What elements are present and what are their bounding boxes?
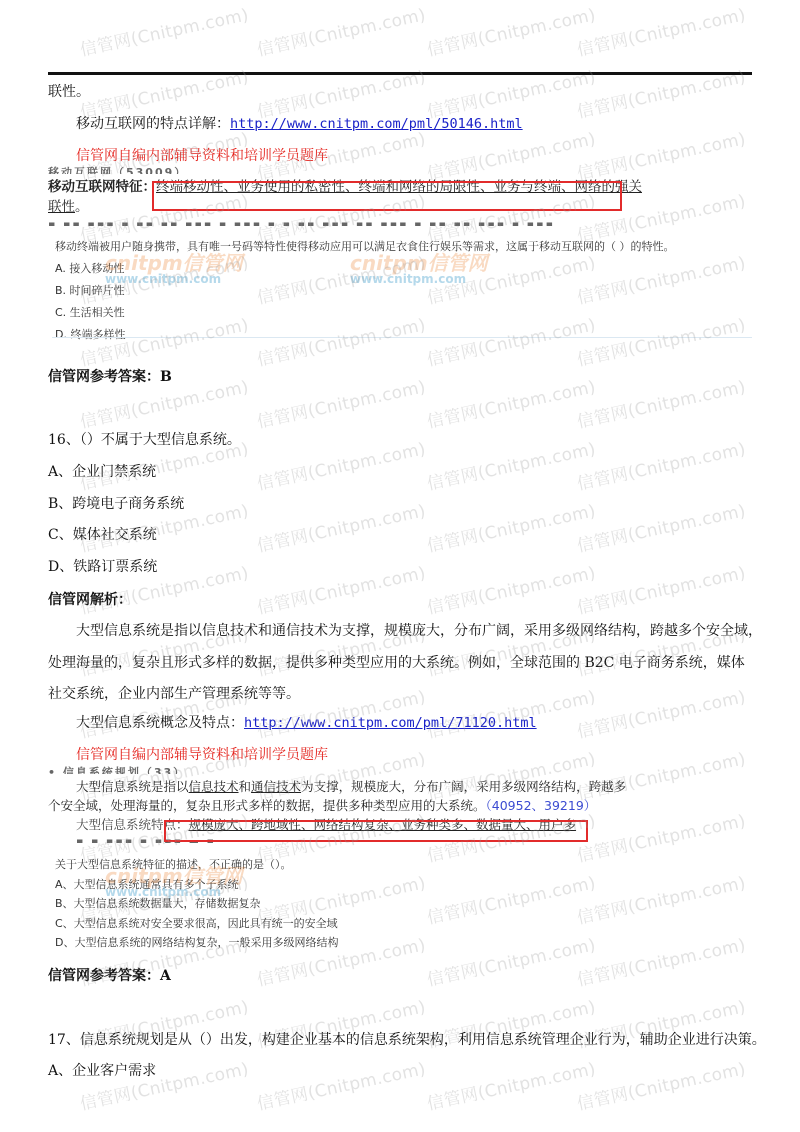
- detail-link[interactable]: http://www.cnitpm.com/pml/50146.html: [230, 116, 523, 132]
- feature-label: 移动互联网特征：: [48, 179, 156, 195]
- snippet-cut-header: • 信息系统规划（33）: [48, 766, 608, 774]
- practice-question-stem: 关于大型信息系统特征的描述，不正确的是（）。: [55, 855, 515, 875]
- practice-option: A、大型信息系统通常具有多个子系统: [55, 875, 515, 895]
- watermark-text: 信管网(Cnitpm.com): [424, 496, 597, 556]
- watermark-text: 信管网(Cnitpm.com): [574, 682, 747, 742]
- watermark-text: 信管网(Cnitpm.com): [574, 868, 747, 928]
- feature-text-cont: 联性: [48, 199, 75, 215]
- practice-question-stem: 移动终端被用户随身携带，具有唯一号码等特性使得移动应用可以满足衣食住行娱乐等需求…: [55, 236, 735, 258]
- watermark-text: 信管网(Cnitpm.com): [574, 372, 747, 432]
- answer-value: B: [160, 369, 172, 385]
- practice-question-mobile: 移动终端被用户随身携带，具有唯一号码等特性使得移动应用可以满足衣食住行娱乐等需求…: [55, 236, 735, 346]
- question-16-option-a: A、企业门禁系统: [48, 462, 156, 482]
- watermark-text: 信管网(Cnitpm.com): [574, 558, 747, 618]
- watermark-text: 信管网(Cnitpm.com): [424, 434, 597, 494]
- answer-15: 信管网参考答案：B: [48, 366, 172, 386]
- practice-option: B、大型信息系统数据量大，存储数据复杂: [55, 894, 515, 914]
- analysis-para-1: 大型信息系统是指以信息技术和通信技术为支撑，规模庞大，分布广阔，采用多级网络结构…: [76, 621, 762, 641]
- red-note: 信管网自编内部辅导资料和培训学员题库: [76, 744, 328, 764]
- practice-question-large-is: 关于大型信息系统特征的描述，不正确的是（）。 A、大型信息系统通常具有多个子系统…: [55, 855, 515, 953]
- snippet-text: 个安全域，处理海量的，复杂且形式多样的数据，提供多种类型应用的大系统。: [48, 798, 486, 813]
- watermark-text: 信管网(Cnitpm.com): [574, 0, 747, 60]
- detail-label: 大型信息系统概念及特点：: [76, 715, 244, 731]
- question-16-stem: 16、（）不属于大型信息系统。: [48, 430, 241, 450]
- question-17-option-a: A、企业客户需求: [48, 1061, 156, 1081]
- watermark-text: 信管网(Cnitpm.com): [424, 558, 597, 618]
- watermark-text: 信管网(Cnitpm.com): [254, 372, 427, 432]
- answer-16: 信管网参考答案：A: [48, 965, 171, 985]
- red-note: 信管网自编内部辅导资料和培训学员题库: [76, 145, 328, 165]
- watermark-text: 信管网(Cnitpm.com): [424, 0, 597, 60]
- practice-option: A. 接入移动性: [55, 258, 735, 280]
- watermark-text: 信管网(Cnitpm.com): [574, 930, 747, 990]
- watermark-text: 信管网(Cnitpm.com): [254, 1054, 427, 1114]
- snippet-term: 通信技术: [251, 779, 301, 794]
- watermark-text: 信管网(Cnitpm.com): [254, 434, 427, 494]
- highlight-box-large-is: [164, 820, 588, 842]
- watermark-text: 信管网(Cnitpm.com): [574, 434, 747, 494]
- detail-line-mobile-internet: 移动互联网的特点详解：http://www.cnitpm.com/pml/501…: [76, 114, 523, 134]
- practice-option: D、大型信息系统的网络结构复杂，一般采用多级网络结构: [55, 933, 515, 953]
- watermark-text: 信管网(Cnitpm.com): [77, 0, 250, 60]
- practice-option: C. 生活相关性: [55, 302, 735, 324]
- question-16-option-b: B、跨境电子商务系统: [48, 494, 184, 514]
- practice-option: B. 时间碎片性: [55, 280, 735, 302]
- highlight-box-features: [152, 181, 622, 211]
- question-16-option-c: C、媒体社交系统: [48, 525, 157, 545]
- watermark-text: 信管网(Cnitpm.com): [254, 558, 427, 618]
- snippet-text: 为支撑，规模庞大，分布广阔，采用多级网络结构，跨越多: [301, 779, 626, 794]
- feature-text-end: 。: [75, 199, 89, 215]
- watermark-text: 信管网(Cnitpm.com): [424, 1054, 597, 1114]
- answer-label: 信管网参考答案：: [48, 968, 160, 984]
- snippet-term: 信息技术: [189, 779, 239, 794]
- analysis-para-3: 社交系统，企业内部生产管理系统等等。: [48, 684, 300, 704]
- answer-value: A: [160, 968, 171, 984]
- watermark-text: 信管网(Cnitpm.com): [254, 496, 427, 556]
- practice-option: D. 终端多样性: [55, 324, 735, 346]
- question-16-option-d: D、铁路订票系统: [48, 557, 157, 577]
- question-17-stem: 17、信息系统规划是从（）出发，构建企业基本的信息系统架构，利用信息系统管理企业…: [48, 1030, 766, 1050]
- watermark-text: 信管网(Cnitpm.com): [424, 372, 597, 432]
- snippet-text: 和: [239, 779, 252, 794]
- practice-option: C、大型信息系统对安全要求很高，因此具有统一的安全域: [55, 914, 515, 934]
- analysis-label: 信管网解析：: [48, 589, 132, 609]
- watermark-text: 信管网(Cnitpm.com): [254, 0, 427, 60]
- snippet-text: 大型信息系统是指以: [76, 779, 189, 794]
- continuation-text: 联性。: [48, 82, 90, 102]
- detail-label: 移动互联网的特点详解：: [76, 116, 230, 132]
- snippet-divider: [52, 337, 752, 338]
- snippet-ref: （40952、39219）: [486, 798, 597, 813]
- watermark-text: 信管网(Cnitpm.com): [574, 496, 747, 556]
- watermark-text: 信管网(Cnitpm.com): [574, 1054, 747, 1114]
- snippet-cut-footer: ▪ ▪▪ ▪▪▪ ▪ ▪▪ ▪▪ ▪▪▪ ▪ ▪▪▪ ▪ ▪ ▪▪ ▪▪▪ ▪▪…: [48, 218, 628, 226]
- answer-label: 信管网参考答案：: [48, 369, 160, 385]
- top-rule: [48, 72, 752, 75]
- detail-link[interactable]: http://www.cnitpm.com/pml/71120.html: [244, 715, 537, 731]
- analysis-para-2: 处理海量的，复杂且形式多样的数据，提供多种类型应用的大系统。例如，全球范围的 B…: [48, 653, 745, 673]
- snippet-cut-header: 移动互联网（53009）: [48, 166, 628, 174]
- detail-line-large-is: 大型信息系统概念及特点：http://www.cnitpm.com/pml/71…: [76, 713, 537, 733]
